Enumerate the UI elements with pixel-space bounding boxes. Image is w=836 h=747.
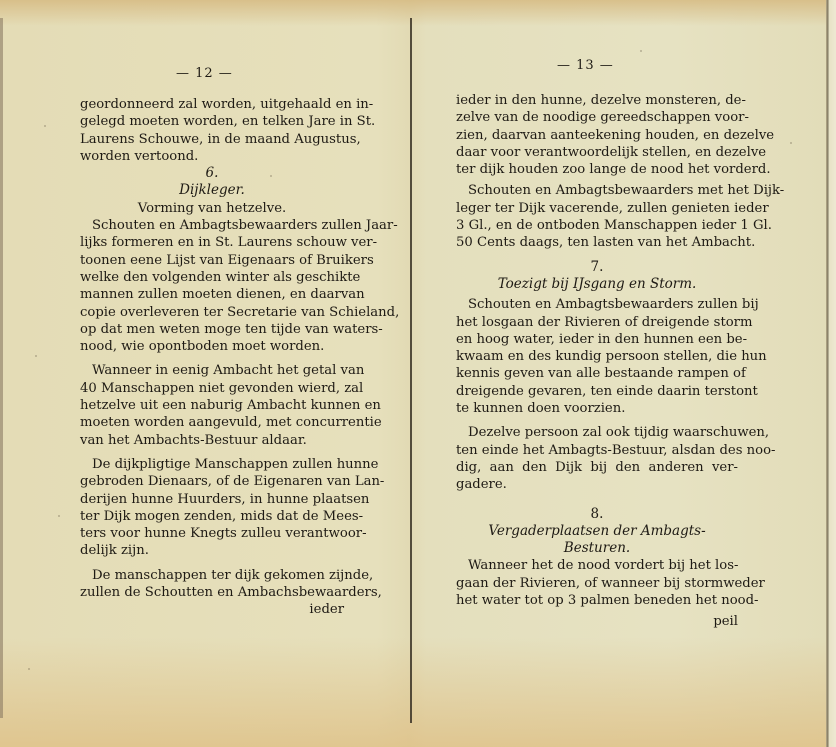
page-number-right: — 13 — [557,58,614,73]
text-line: De manschappen ter dijk gekomen zijnde, [80,567,344,584]
text-line: kwaam en des kundig persoon stellen, die… [456,348,738,365]
text-line: mannen zullen moeten dienen, en daarvan [80,286,344,303]
text-line: geordonneerd zal worden, uitgehaald en i… [80,96,344,113]
text-line: De dijkpligtige Manschappen zullen hunne [80,456,344,473]
text-line: op dat men weten moge ten tijde van wate… [80,321,344,338]
text-line: ter dijk houden zoo lange de nood het vo… [456,161,738,178]
text-line: ieder in den hunne, dezelve monsteren, d… [456,92,738,109]
text-line: het losgaan der Rivieren of dreigende st… [456,314,738,331]
catchword: peil [456,613,738,630]
text-line: moeten worden aangevuld, met concurrenti… [80,414,344,431]
text-line: worden vertoond. [80,148,344,165]
text-line: 50 Cents daags, ten lasten van het Ambac… [456,234,738,251]
paragraph: Wanneer in eenig Ambacht het getal van 4… [80,362,344,448]
text-line: dreigende gevaren, ten einde daarin ters… [456,383,738,400]
text-line: Laurens Schouwe, in de maand Augustus, [80,131,344,148]
section-title: Dijkleger. [80,182,344,199]
text-line: lijks formeren en in St. Laurens schouw … [80,234,344,251]
text-line: het water tot op 3 palmen beneden het no… [456,592,738,609]
section-number: 6. [80,165,344,182]
paper-speck [790,142,792,144]
text-line: gaan der Rivieren, of wanneer bij stormw… [456,575,738,592]
text-line: welke den volgenden winter als geschikte [80,269,344,286]
text-line: ten einde het Ambagts-Bestuur, alsdan de… [456,442,738,459]
text-line: en hoog water, ieder in den hunnen een b… [456,331,738,348]
paper-speck [58,515,60,517]
text-line: delijk zijn. [80,542,344,559]
text-line: Wanneer het de nood vordert bij het los- [456,557,738,574]
text-line: te kunnen doen voorzien. [456,400,738,417]
paragraph: De dijkpligtige Manschappen zullen hunne… [80,456,344,560]
text-line: nood, wie opontboden moet worden. [80,338,344,355]
text-line: Wanneer in eenig Ambacht het getal van [80,362,344,379]
paper-speck [35,355,37,357]
right-page-text: ieder in den hunne, dezelve monsteren, d… [456,92,738,631]
text-line: Schouten en Ambagtsbewaarders zullen bij [456,296,738,313]
text-line: ters voor hunne Knegts zulleu verantwoor… [80,525,344,542]
left-page: — 12 — geordonneerd zal worden, uitgehaa… [0,0,410,747]
text-line: leger ter Dijk vacerende, zullen geniete… [456,200,738,217]
text-line: van het Ambachts-Bestuur aldaar. [80,432,344,449]
paragraph: Wanneer het de nood vordert bij het los-… [456,557,738,609]
paragraph: De manschappen ter dijk gekomen zijnde, … [80,567,344,602]
paper-speck [28,668,30,670]
paper-speck [640,50,642,52]
text-line: toonen eene Lijst van Eigenaars of Bruik… [80,252,344,269]
paper-speck [270,175,272,177]
text-line: kennis geven van alle bestaande rampen o… [456,365,738,382]
paragraph: Schouten en Ambagtsbewaarders zullen Jaa… [80,217,344,355]
paragraph: Schouten en Ambagtsbewaarders met het Di… [456,182,738,251]
book-spread: — 12 — geordonneerd zal worden, uitgehaa… [0,0,836,747]
section-number: 7. [456,259,738,276]
text-line: Dezelve persoon zal ook tijdig waarschuw… [456,424,738,441]
left-page-text: geordonneerd zal worden, uitgehaald en i… [80,96,344,619]
section-title: Toezigt bij IJsgang en Storm. [456,276,738,293]
text-line: zien, daarvan aanteekening houden, en de… [456,127,738,144]
text-line: hetzelve uit een naburig Ambacht kunnen … [80,397,344,414]
paragraph: Dezelve persoon zal ook tijdig waarschuw… [456,424,738,493]
section-number: 8. [456,506,738,523]
text-line: zullen de Schoutten en Ambachsbewaarders… [80,584,344,601]
paragraph: Schouten en Ambagtsbewaarders zullen bij… [456,296,738,417]
text-line: derijen hunne Huurders, in hunne plaatse… [80,491,344,508]
text-line: gelegd moeten worden, en telken Jare in … [80,113,344,130]
text-line: daar voor verantwoordelijk stellen, en d… [456,144,738,161]
text-line: gebroden Dienaars, of de Eigenaren van L… [80,473,344,490]
paper-speck [44,125,46,127]
text-line: 40 Manschappen niet gevonden wierd, zal [80,380,344,397]
text-line: 3 Gl., en de ontboden Manschappen ieder … [456,217,738,234]
section-title: Vergaderplaatsen der Ambagts-Besturen. [456,523,738,558]
text-line: Schouten en Ambagtsbewaarders met het Di… [456,182,738,199]
text-line: copie overleveren ter Secretarie van Sch… [80,304,344,321]
text-line: Schouten en Ambagtsbewaarders zullen Jaa… [80,217,344,234]
section-subtitle: Vorming van hetzelve. [80,200,344,217]
text-line: ter Dijk mogen zenden, mids dat de Mees- [80,508,344,525]
text-line: zelve van de noodige gereedschappen voor… [456,109,738,126]
text-line: gadere. [456,476,738,493]
catchword: ieder [80,601,344,618]
page-number-left: — 12 — [176,66,233,81]
text-line: dig, aan den Dijk bij den anderen ver- [456,459,738,476]
